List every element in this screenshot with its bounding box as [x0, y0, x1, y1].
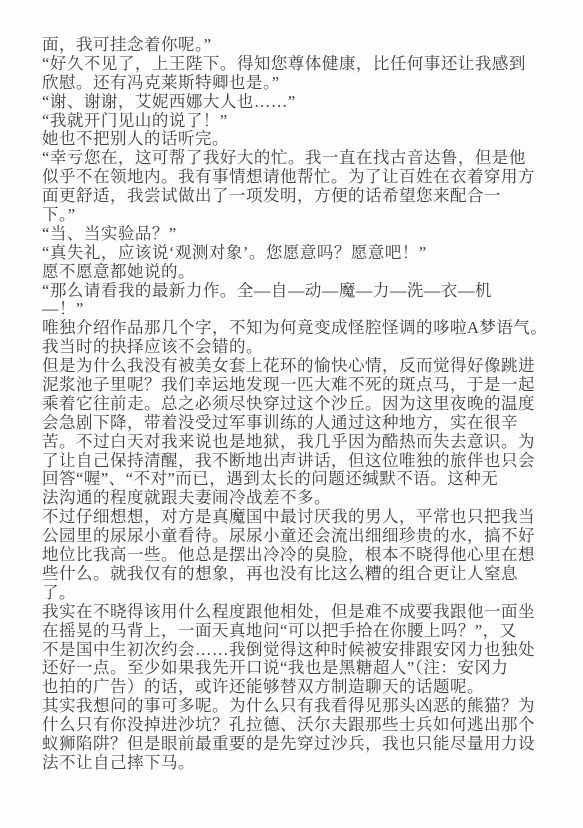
text-line: 蚁狮陷阱？但是眼前最重要的是先穿过沙兵，我也只能尽量用力设 [42, 735, 550, 754]
text-line: 苦。不过白天对我来说也是地狱，我几乎因为酷热而失去意识。为 [42, 433, 550, 452]
text-line: “真失礼，应该说‘观测对象’。您愿意吗？愿意吧！” [42, 244, 550, 263]
text-line: 不是国中生初次约会……我倒觉得这种时候被安排跟安冈力也独处 [42, 641, 550, 660]
text-line: 了让自己保持清醒，我不断地出声讲话，但这位唯独的旅伴也只会 [42, 452, 550, 471]
text-line: 法不让自己摔下马。 [42, 754, 550, 773]
text-line: 泥浆池子里呢？我们幸运地发现一匹大难不死的斑点马，于是一起 [42, 376, 550, 395]
text-line: 会急剧下降，带着没受过军事训练的人通过这种地方，实在很辛 [42, 414, 550, 433]
text-line: 地位比我高一些。他总是摆出冷冷的臭脸，根本不晓得他心里在想 [42, 546, 550, 565]
text-line: 似乎不在领地内。我有事情想请他帮忙。为了让百姓在衣着穿用方 [42, 168, 550, 187]
text-line: 我当时的抉择应该不会错的。 [42, 338, 550, 357]
text-line: 但是为什么我没有被美女套上花环的愉快心情，反而觉得好像跳进 [42, 357, 550, 376]
text-line: 唯独介绍作品那几个字，不知为何竟变成怪腔怪调的哆啦A梦语气。 [42, 319, 550, 338]
text-line: 其实我想问的事可多呢。为什么只有我看得见那头凶恶的熊猫？为 [42, 697, 550, 716]
text-line: 在摇晃的马背上，一面天真地问“可以把手拾在你腰上吗？”，又 [42, 622, 550, 641]
text-line: 些什么。就我仅有的想象，再也没有比这么糟的组合更让人窒息 [42, 565, 550, 584]
text-line: 下。” [42, 206, 550, 225]
text-line: 还好一点。至少如果我先开口说“我也是黑糖超人”（注：安冈力 [42, 659, 550, 678]
text-line: 什么只有你没掉进沙坑？孔拉德、沃尔夫跟那些士兵如何逃出那个 [42, 716, 550, 735]
text-line: —！” [42, 300, 550, 319]
text-line: 面，我可挂念着你呢。” [42, 36, 550, 55]
text-line: 回答“喔”、“不对”而已，遇到太长的问题还缄默不语。这种无 [42, 470, 550, 489]
text-line: “幸亏您在，这可帮了我好大的忙。我一直在找古音达鲁，但是他 [42, 149, 550, 168]
document-page: 面，我可挂念着你呢。”“好久不见了，上王陛下。得知您尊体健康，比任何事还让我感到… [0, 0, 583, 828]
text-line: “好久不见了，上王陛下。得知您尊体健康，比任何事还让我感到 [42, 55, 550, 74]
text-line: 公园里的尿尿小童看待。尿尿小童还会流出细细珍贵的水，搞不好 [42, 527, 550, 546]
text-line: 不过仔细想想，对方是真魔国中最讨厌我的男人，平常也只把我当 [42, 508, 550, 527]
text-line: “那么请看我的最新力作。全—自—动—魔—力—洗—衣—机 [42, 282, 550, 301]
text-line: “谢、谢谢，艾妮西娜大人也……” [42, 93, 550, 112]
text-line: 也拍的广告）的话，或许还能够替双方制造聊天的话题呢。 [42, 678, 550, 697]
text-line: “当、当实验品？” [42, 225, 550, 244]
text-line: 了。 [42, 584, 550, 603]
text-line: 她也不把别人的话听完。 [42, 130, 550, 149]
body-text: 面，我可挂念着你呢。”“好久不见了，上王陛下。得知您尊体健康，比任何事还让我感到… [42, 36, 550, 773]
text-line: 法沟通的程度就跟夫妻闹冷战差不多。 [42, 489, 550, 508]
text-line: 欣慰。还有冯克莱斯特卿也是。” [42, 74, 550, 93]
text-line: 我实在不晓得该用什么程度跟他相处，但是难不成要我跟他一面坐 [42, 603, 550, 622]
text-line: 面更舒适，我尝试做出了一项发明，方便的话希望您来配合一 [42, 187, 550, 206]
text-line: 愿不愿意都她说的。 [42, 263, 550, 282]
text-line: 乘着它往前走。总之必须尽快穿过这个沙丘。因为这里夜晚的温度 [42, 395, 550, 414]
text-line: “我就开门见山的说了！” [42, 112, 550, 131]
